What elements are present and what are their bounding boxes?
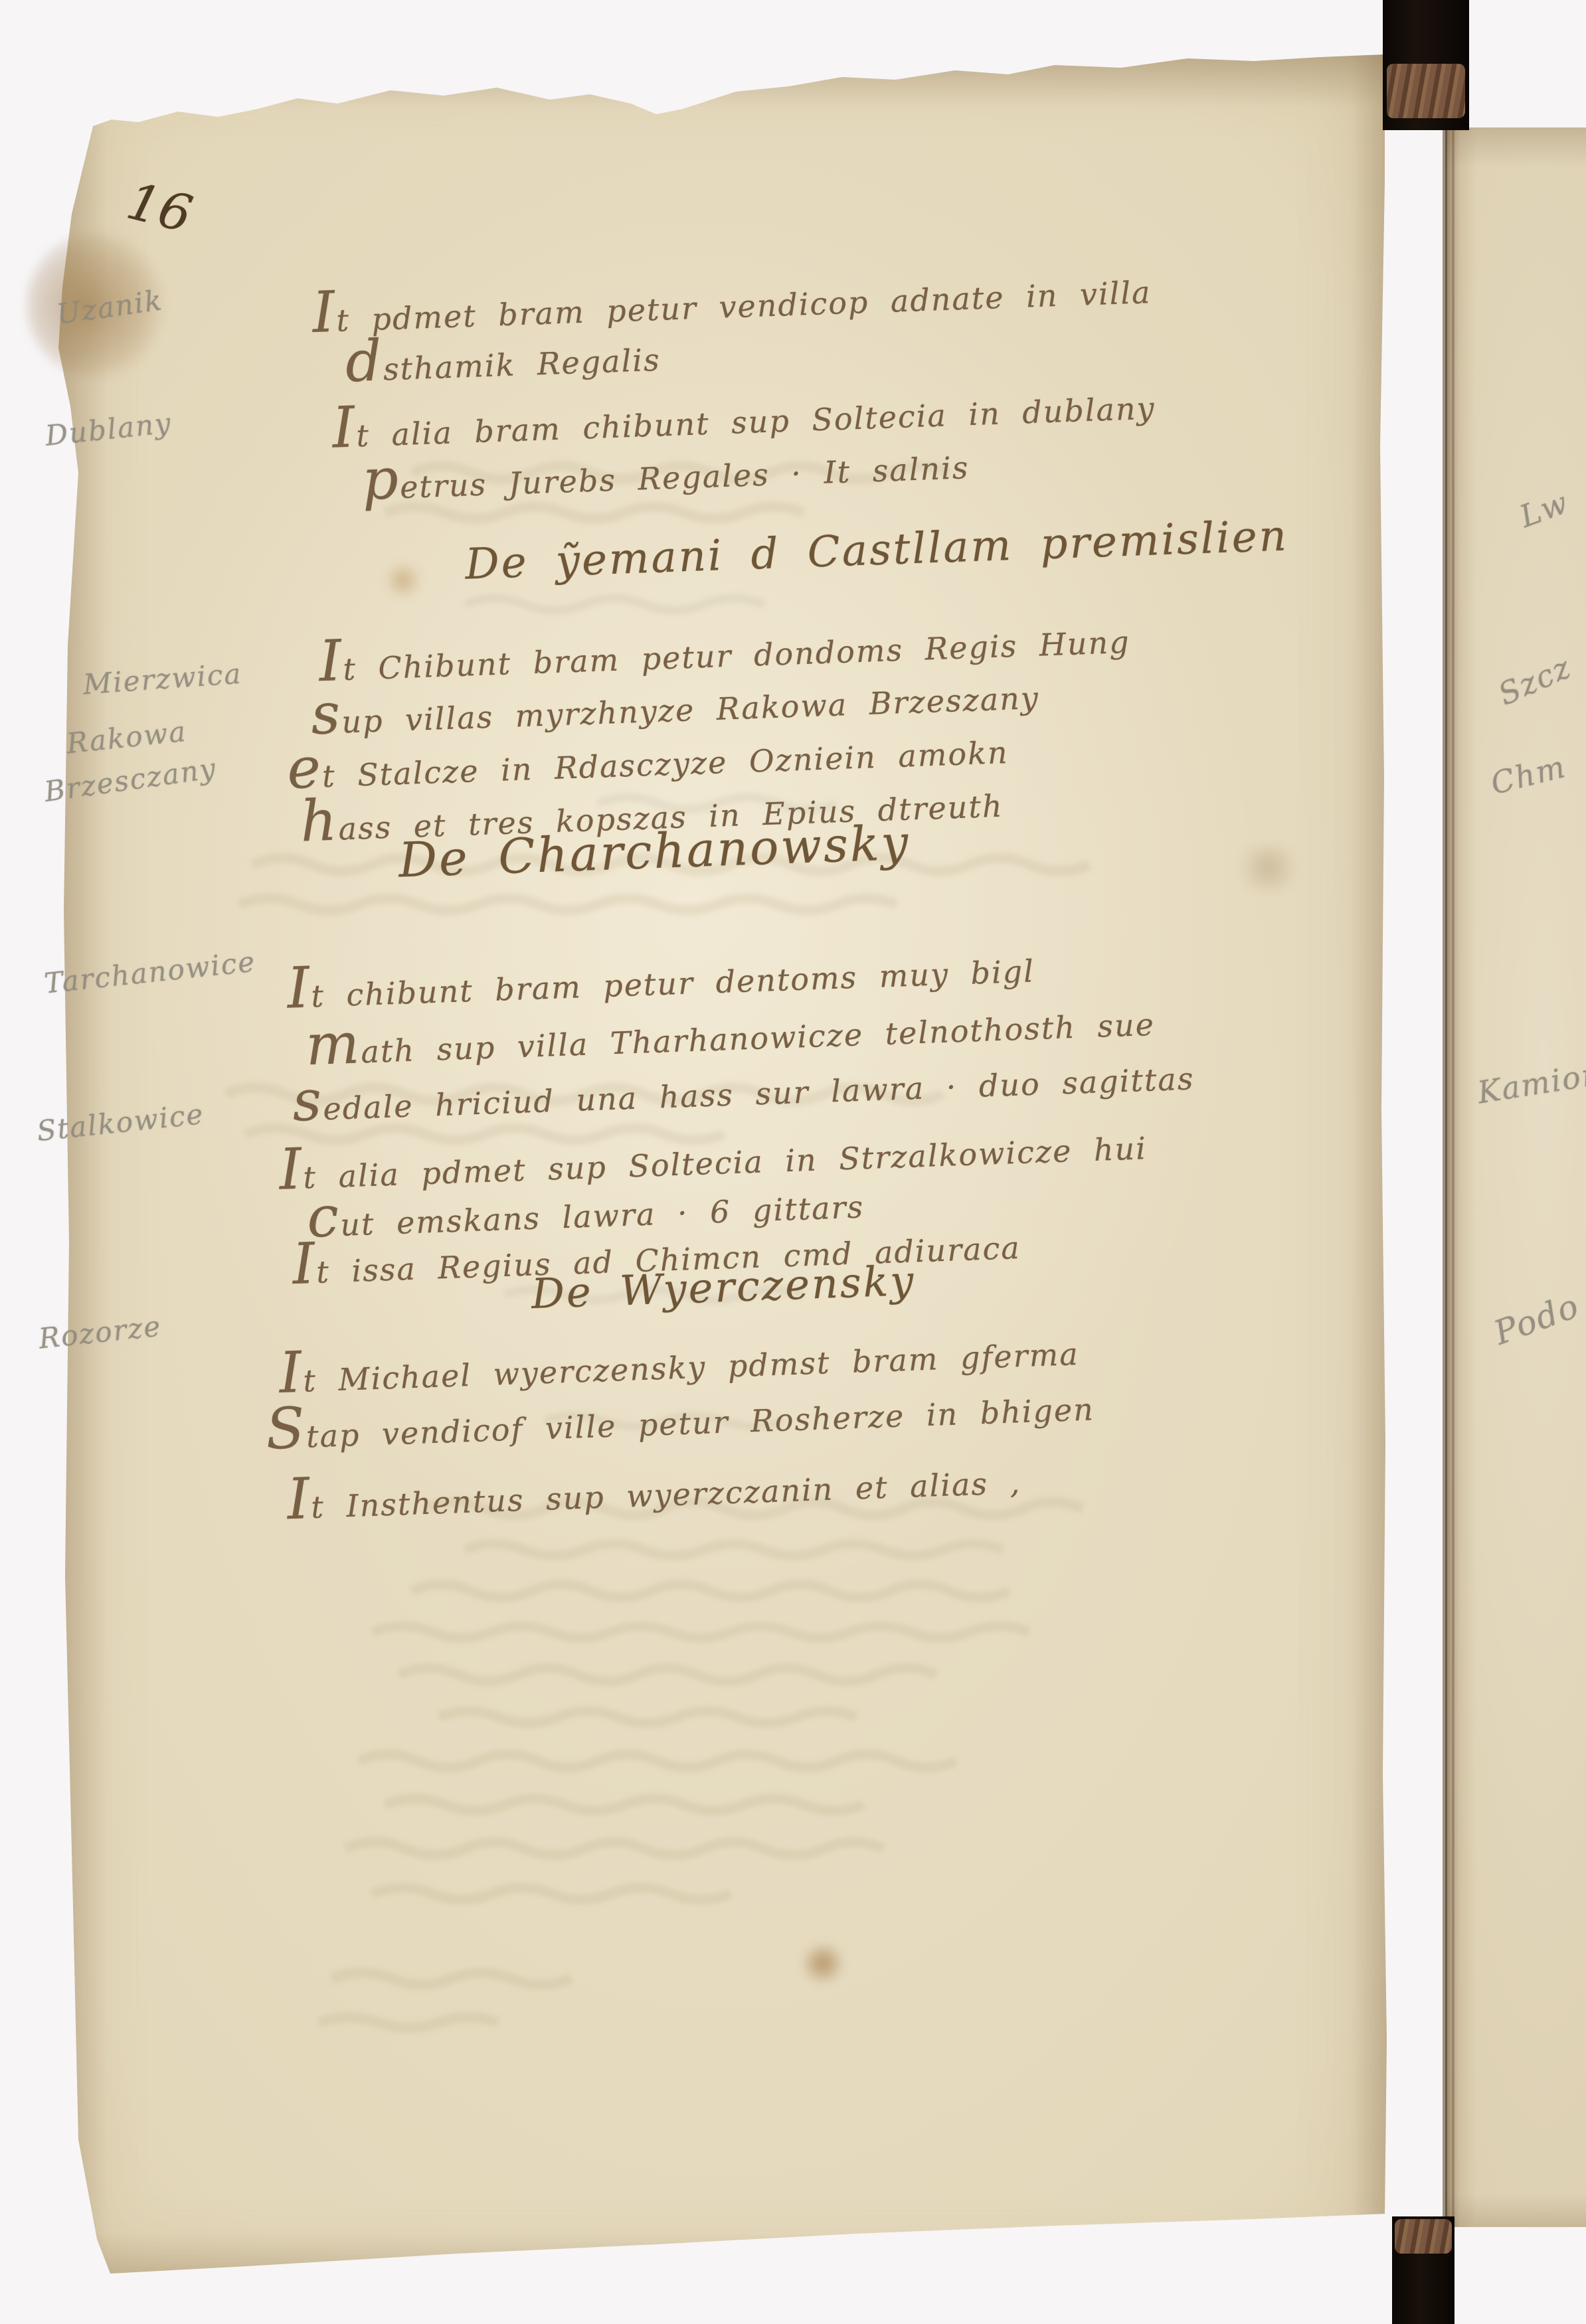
facing-margin-label-podo: Podo [1489, 1286, 1585, 1353]
facing-margin-label-lw: Lw [1515, 484, 1573, 535]
binding-spine-top [1383, 0, 1469, 130]
facing-margin-label-kamion: Kamion [1475, 1056, 1586, 1111]
facing-page-strip: Lw Szcz Chm Kamion Podo [1445, 127, 1586, 2227]
binding-spine-bottom [1392, 2216, 1454, 2324]
binding-leather [1387, 64, 1465, 118]
binding-leather [1395, 2219, 1452, 2254]
scanned-manuscript-page: 16 It pdmet bram petur vendicop adnate i… [0, 0, 1586, 2324]
facing-margin-label-chm: Chm [1487, 748, 1569, 801]
gutter-edge-line [1443, 127, 1447, 2227]
entry-line: dsthamik Regalis [344, 319, 661, 395]
stain [382, 563, 424, 598]
stain [802, 1944, 843, 1983]
stain [1232, 845, 1305, 891]
gutter-edge-line [1452, 127, 1454, 2227]
facing-margin-label-szcz: Szcz [1493, 649, 1577, 712]
